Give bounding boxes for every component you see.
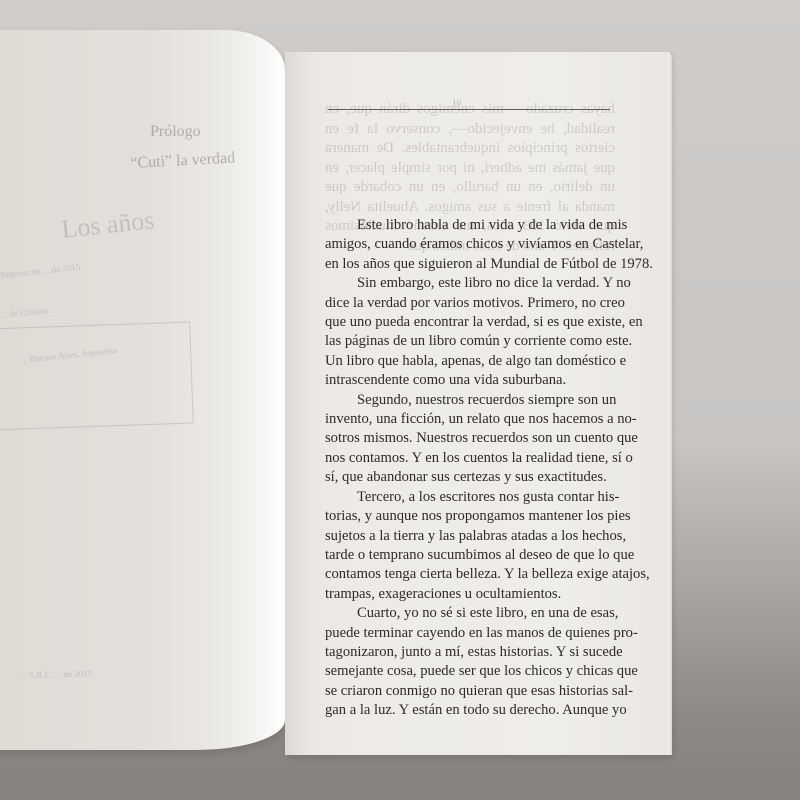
left-page-title: Prólogo <box>150 123 201 141</box>
text-line: Tercero, a los escritores nos gusta cont… <box>325 488 614 507</box>
left-page-subtitle: “Cuti” la verdad <box>130 150 236 173</box>
text-line: contamos tenga cierta belleza. Y la bell… <box>325 565 614 584</box>
text-line: gan a la luz. Y están en todo su derecho… <box>325 701 614 720</box>
text-line: sotros mismos. Nuestros recuerdos son un… <box>325 429 614 448</box>
left-page-faint-line: Impreso en ... de 2015 <box>0 262 81 280</box>
text-line: amigos, cuando éramos chicos y vivíamos … <box>325 235 614 254</box>
text-line: nos contamos. Y en los cuentos la realid… <box>325 449 614 468</box>
text-line: tarde o temprano sucumbimos al deseo de … <box>325 546 614 565</box>
text-line: sujetos a la tierra y las palabras atada… <box>325 527 614 546</box>
left-page-imprint-box <box>0 322 194 431</box>
text-line: dice la verdad por varios motivos. Prime… <box>325 294 614 313</box>
text-line: sí, que abandonar sus certezas y sus exa… <box>325 468 614 487</box>
text-line: Cuarto, yo no sé si este libro, en una d… <box>325 604 614 623</box>
text-line: que uno pueda encontrar la verdad, si es… <box>325 313 614 332</box>
text-line: Segundo, nuestros recuerdos siempre son … <box>325 391 614 410</box>
left-page-faint-line: ... de Cristina ... <box>0 304 58 320</box>
left-page-heading: Los años <box>60 205 156 245</box>
left-page-faint-line: ... S.R.L. ... de 2015 <box>20 669 92 680</box>
text-line: intrascendente como una vida suburbana. <box>325 371 614 390</box>
text-line: Sin embargo, este libro no dice la verda… <box>325 274 614 293</box>
page-body-text: Este libro habla de mi vida y de la vida… <box>325 216 614 721</box>
text-line: semejante cosa, puede ser que los chicos… <box>325 662 614 681</box>
page-number: 10 <box>452 98 461 108</box>
text-line: trampas, exageraciones u ocultamientos. <box>325 585 614 604</box>
page-edges <box>668 55 672 755</box>
header-rule <box>328 109 610 110</box>
text-line: se criaron conmigo no quieran que esas h… <box>325 682 614 701</box>
left-page: Prólogo “Cuti” la verdad Los años Impres… <box>0 30 285 750</box>
text-line: las páginas de un libro común y corrient… <box>325 332 614 351</box>
text-line: puede terminar cayendo en las manos de q… <box>325 624 614 643</box>
text-line: en los años que siguieron al Mundial de … <box>325 255 614 274</box>
text-line: torias, y aunque nos propongamos mantene… <box>325 507 614 526</box>
text-line: Este libro habla de mi vida y de la vida… <box>325 216 614 235</box>
gutter-shadow <box>285 52 310 755</box>
text-line: invento, una ficción, un relato que nos … <box>325 410 614 429</box>
text-line: tagonizaron, junto a mí, estas historias… <box>325 643 614 662</box>
text-line: Un libro que habla, apenas, de algo tan … <box>325 352 614 371</box>
